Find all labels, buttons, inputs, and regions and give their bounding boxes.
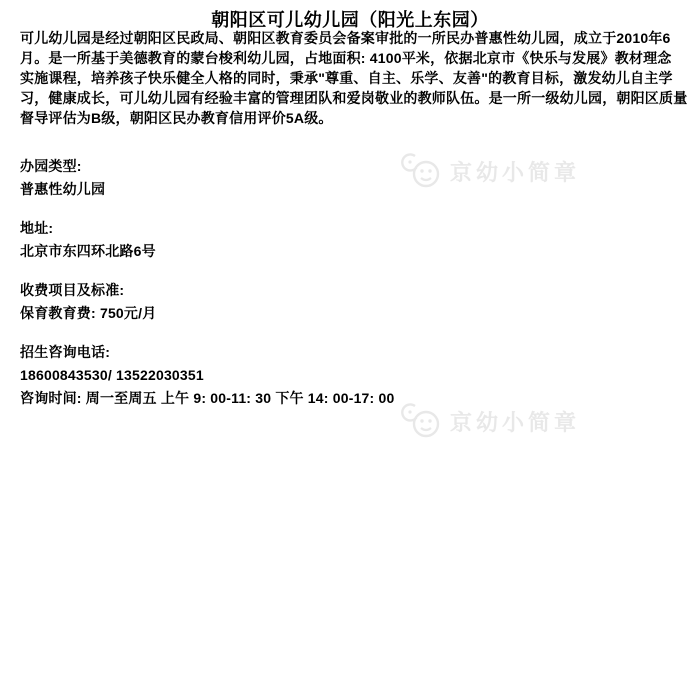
section-fees-value: 保育教育费: 750元/月 [20, 302, 684, 325]
section-contact: 招生咨询电话: 18600843530/ 13522030351 咨询时间: 周… [20, 341, 684, 410]
section-kindergarten-type: 办园类型: 普惠性幼儿园 [20, 155, 684, 201]
brochure-page: 朝阳区可儿幼儿园（阳光上东园） 可儿幼儿园是经过朝阳区民政局、朝阳区教育委员会备… [0, 0, 700, 700]
section-contact-phone-numbers: 18600843530/ 13522030351 [20, 364, 684, 387]
intro-line-5: 督导评估为B级，朝阳区民办教育信用评价5A级。 [20, 108, 684, 128]
intro-line-1: 可儿幼儿园是经过朝阳区民政局、朝阳区教育委员会备案审批的一所民办普惠性幼儿园，成… [20, 28, 684, 48]
intro-line-3: 实施课程，培养孩子快乐健全人格的同时，秉承"尊重、自主、乐学、友善"的教育目标，… [20, 68, 684, 88]
watermark-text: 京幼小简章 [450, 406, 580, 437]
section-fees-label: 收费项目及标准: [20, 279, 684, 302]
section-contact-hours: 咨询时间: 周一至周五 上午 9: 00-11: 30 下午 14: 00-17… [20, 387, 684, 410]
section-type-value: 普惠性幼儿园 [20, 178, 684, 201]
intro-line-4: 习，健康成长，可儿幼儿园有经验丰富的管理团队和爱岗敬业的教师队伍。是一所一级幼儿… [20, 88, 684, 108]
section-type-label: 办园类型: [20, 155, 684, 178]
section-fees: 收费项目及标准: 保育教育费: 750元/月 [20, 279, 684, 325]
intro-paragraph: 可儿幼儿园是经过朝阳区民政局、朝阳区教育委员会备案审批的一所民办普惠性幼儿园，成… [20, 28, 684, 128]
section-address-value: 北京市东四环北路6号 [20, 240, 684, 263]
section-address: 地址: 北京市东四环北路6号 [20, 217, 684, 263]
intro-line-2: 月。是一所基于美德教育的蒙台梭利幼儿园，占地面积: 4100平米，依据北京市《快… [20, 48, 684, 68]
section-address-label: 地址: [20, 217, 684, 240]
section-contact-label: 招生咨询电话: [20, 341, 684, 364]
